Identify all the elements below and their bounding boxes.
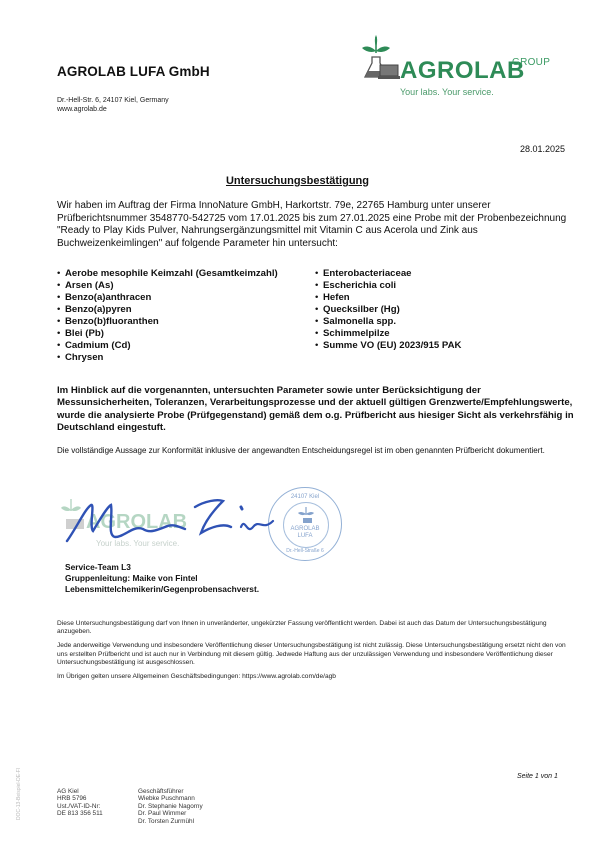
logo-suffix: GROUP bbox=[512, 57, 550, 68]
vat-label: Ust./VAT-ID-Nr: bbox=[57, 803, 103, 810]
list-item: Arsen (As) bbox=[57, 280, 315, 292]
list-item: Enterobacteriaceae bbox=[315, 268, 461, 280]
handwritten-signature bbox=[55, 487, 355, 557]
agrolab-group-logo: AGROLAB GROUP Your labs. Your service. bbox=[360, 33, 570, 103]
conformity-note: Die vollständige Aussage zur Konformität… bbox=[57, 446, 577, 456]
document-title: Untersuchungsbestätigung bbox=[0, 175, 595, 187]
signature-area: AGROLAB Your labs. Your service. 24107 K… bbox=[55, 487, 355, 562]
company-name: AGROLAB LUFA GmbH bbox=[57, 64, 210, 79]
parameter-list: Aerobe mesophile Keimzahl (Gesamtkeimzah… bbox=[57, 268, 577, 364]
signatory-team: Service-Team L3 bbox=[65, 562, 259, 573]
list-item: Salmonella spp. bbox=[315, 316, 461, 328]
logo-tagline: Your labs. Your service. bbox=[400, 87, 494, 97]
legal-notes: Diese Untersuchungsbestätigung darf von … bbox=[57, 620, 577, 687]
list-item: Benzo(a)pyren bbox=[57, 304, 315, 316]
intro-paragraph: Wir haben im Auftrag der Firma InnoNatur… bbox=[57, 200, 567, 250]
manager-name: Wiebke Puschmann bbox=[138, 795, 203, 802]
parameter-list-left: Aerobe mesophile Keimzahl (Gesamtkeimzah… bbox=[57, 268, 315, 364]
list-item: Blei (Pb) bbox=[57, 328, 315, 340]
signatory-lead: Gruppenleitung: Maike von Fintel bbox=[65, 573, 259, 584]
list-item: Chrysen bbox=[57, 352, 315, 364]
list-item: Quecksilber (Hg) bbox=[315, 304, 461, 316]
document-date: 28.01.2025 bbox=[520, 144, 565, 154]
list-item: Aerobe mesophile Keimzahl (Gesamtkeimzah… bbox=[57, 268, 315, 280]
signatory-block: Service-Team L3 Gruppenleitung: Maike vo… bbox=[65, 562, 259, 595]
website-link[interactable]: www.agrolab.de bbox=[57, 106, 169, 115]
list-item: Hefen bbox=[315, 292, 461, 304]
signatory-role: Lebensmittelchemikerin/Gegenprobensachve… bbox=[65, 584, 259, 595]
vat-number: DE 813 356 511 bbox=[57, 810, 103, 817]
manager-name: Dr. Torsten Zurmühl bbox=[138, 818, 203, 825]
document-code: DOC-13-Beispiel-DE-FI bbox=[16, 768, 22, 820]
list-item: Cadmium (Cd) bbox=[57, 340, 315, 352]
legal-note-publication: Diese Untersuchungsbestätigung darf von … bbox=[57, 620, 577, 636]
legal-note-terms: Im Übrigen gelten unsere Allgemeinen Ges… bbox=[57, 673, 577, 681]
manager-name: Dr. Paul Wimmer bbox=[138, 810, 203, 817]
registry-info: AG Kiel HRB 5796 Ust./VAT-ID-Nr: DE 813 … bbox=[57, 788, 103, 818]
legal-note-liability: Jede anderweitige Verwendung und insbeso… bbox=[57, 642, 577, 667]
list-item: Schimmelpilze bbox=[315, 328, 461, 340]
registry-number: HRB 5796 bbox=[57, 795, 103, 802]
page-number: Seite 1 von 1 bbox=[517, 773, 558, 780]
registry-court: AG Kiel bbox=[57, 788, 103, 795]
list-item: Escherichia coli bbox=[315, 280, 461, 292]
list-item: Benzo(a)anthracen bbox=[57, 292, 315, 304]
list-item: Summe VO (EU) 2023/915 PAK bbox=[315, 340, 461, 352]
address-line: Dr.-Hell-Str. 6, 24107 Kiel, Germany bbox=[57, 97, 169, 106]
parameter-list-right: Enterobacteriaceae Escherichia coli Hefe… bbox=[315, 268, 461, 364]
company-address: Dr.-Hell-Str. 6, 24107 Kiel, Germany www… bbox=[57, 97, 169, 114]
management-info: Geschäftsführer Wiebke Puschmann Dr. Ste… bbox=[138, 788, 203, 825]
logo-brand: AGROLAB bbox=[400, 57, 525, 85]
plant-flask-laptop-icon bbox=[360, 33, 400, 87]
list-item: Benzo(b)fluoranthen bbox=[57, 316, 315, 328]
conclusion-paragraph: Im Hinblick auf die vorgenannten, unters… bbox=[57, 385, 577, 435]
management-title: Geschäftsführer bbox=[138, 788, 203, 795]
manager-name: Dr. Stephanie Nagorny bbox=[138, 803, 203, 810]
